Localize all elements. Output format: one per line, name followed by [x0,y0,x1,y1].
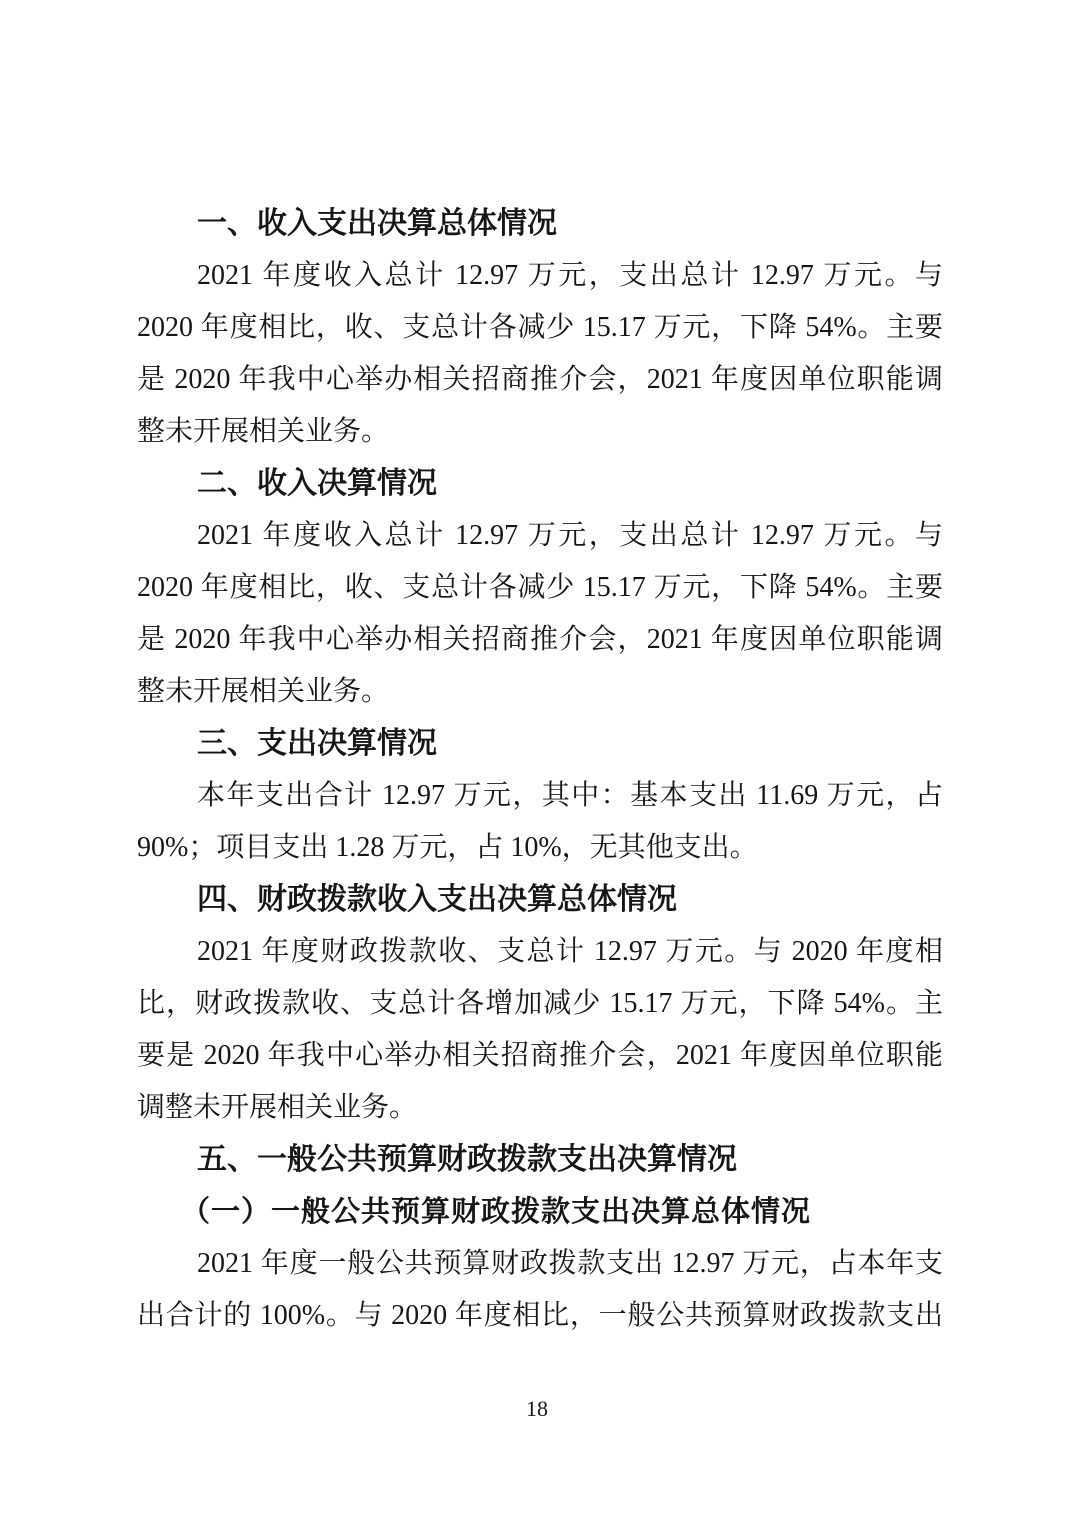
section-1-paragraph-line: 2020 年度相比，收、支总计各减少 15.17 万元，下降 54%。主要 [137,302,943,354]
section-2-heading: 二、收入决算情况 [137,458,943,510]
section-1-paragraph-line: 2021 年度收入总计 12.97 万元，支出总计 12.97 万元。与 [137,250,943,302]
section-4-heading: 四、财政拨款收入支出决算总体情况 [137,874,943,926]
section-5-paragraph-line: 出合计的 100%。与 2020 年度相比，一般公共预算财政拨款支出 [137,1290,943,1342]
section-1-paragraph-line: 是 2020 年我中心举办相关招商推介会，2021 年度因单位职能调 [137,354,943,406]
section-4-paragraph-line: 调整未开展相关业务。 [137,1082,943,1134]
section-2-paragraph-line: 2020 年度相比，收、支总计各减少 15.17 万元，下降 54%。主要 [137,562,943,614]
section-5-subheading: （一）一般公共预算财政拨款支出决算总体情况 [137,1186,943,1238]
section-5-heading: 五、一般公共预算财政拨款支出决算情况 [137,1134,943,1186]
section-2-paragraph-line: 整未开展相关业务。 [137,666,943,718]
section-4-paragraph-line: 比，财政拨款收、支总计各增加减少 15.17 万元，下降 54%。主 [137,978,943,1030]
section-3-heading: 三、支出决算情况 [137,718,943,770]
page-number: 18 [0,1396,1074,1422]
section-1-heading: 一、收入支出决算总体情况 [137,198,943,250]
section-2-paragraph-line: 是 2020 年我中心举办相关招商推介会，2021 年度因单位职能调 [137,614,943,666]
document-page: 一、收入支出决算总体情况 2021 年度收入总计 12.97 万元，支出总计 1… [0,0,1074,1520]
section-3-paragraph-line: 90%；项目支出 1.28 万元，占 10%，无其他支出。 [137,822,943,874]
section-1-paragraph-line: 整未开展相关业务。 [137,406,943,458]
document-content: 一、收入支出决算总体情况 2021 年度收入总计 12.97 万元，支出总计 1… [137,198,943,1342]
section-2-paragraph-line: 2021 年度收入总计 12.97 万元，支出总计 12.97 万元。与 [137,510,943,562]
section-4-paragraph-line: 要是 2020 年我中心举办相关招商推介会，2021 年度因单位职能 [137,1030,943,1082]
section-4-paragraph-line: 2021 年度财政拨款收、支总计 12.97 万元。与 2020 年度相 [137,926,943,978]
section-5-paragraph-line: 2021 年度一般公共预算财政拨款支出 12.97 万元，占本年支 [137,1238,943,1290]
section-3-paragraph-line: 本年支出合计 12.97 万元，其中：基本支出 11.69 万元，占 [137,770,943,822]
